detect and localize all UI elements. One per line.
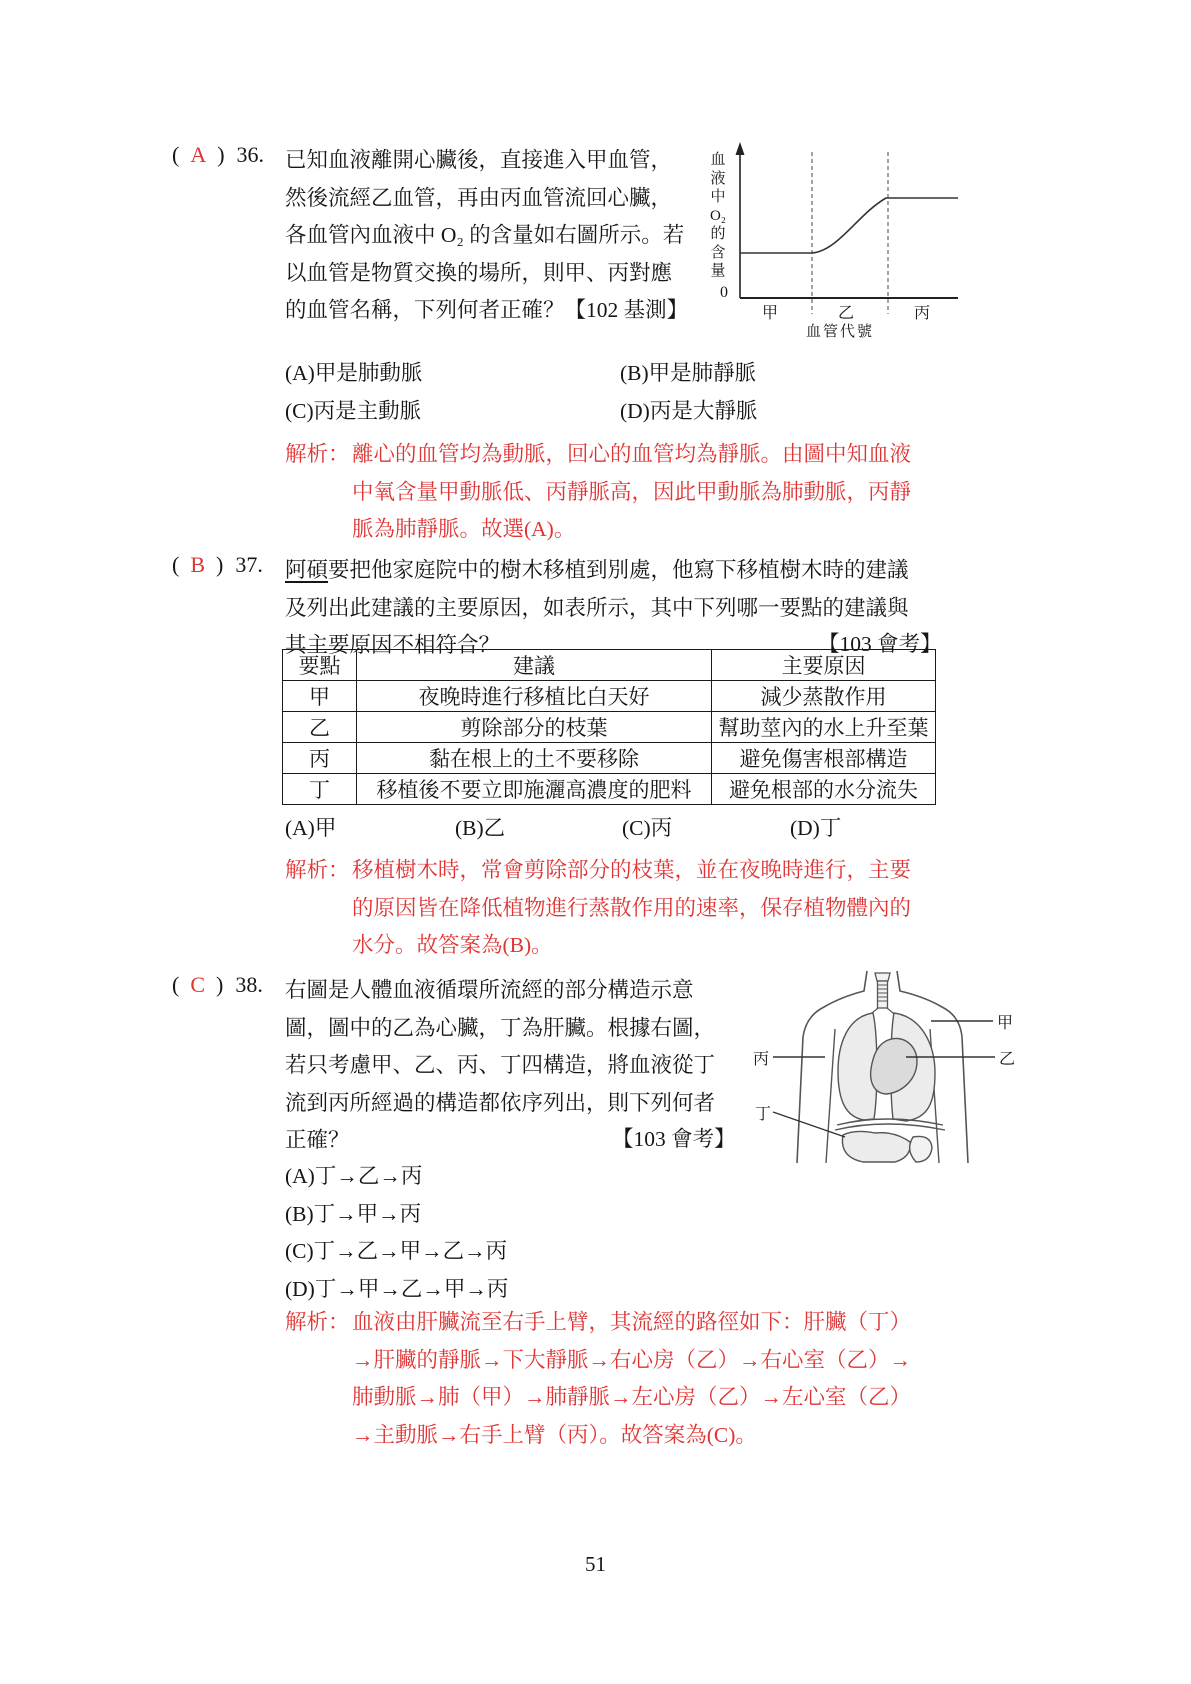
question-line: 以血管是物質交換的場所，則甲、丙對應 bbox=[285, 255, 725, 293]
question-line: 若只考慮甲、乙、丙、丁四構造，將血液從丁 bbox=[285, 1047, 755, 1085]
y-axis-arrow-icon bbox=[736, 142, 745, 155]
option-key: (B) bbox=[285, 1202, 314, 1226]
explanation-line: 脈為肺靜脈。故選(A)。 bbox=[352, 511, 965, 549]
q37-option-b: (B)乙 bbox=[455, 811, 505, 842]
q37-option-c: (C)丙 bbox=[622, 811, 672, 842]
option-text: 丁 bbox=[820, 816, 842, 840]
diagram-label-lung: 甲 bbox=[997, 1010, 1013, 1033]
option-text: 丙是主動脈 bbox=[314, 399, 422, 423]
question-36-text: 已知血液離開心臟後，直接進入甲血管， 然後流經乙血管，再由丙血管流回心臟， 各血… bbox=[285, 142, 725, 330]
explanation-label: 解析： bbox=[285, 852, 350, 890]
question-number: 36. bbox=[225, 142, 265, 167]
explanation-label: 解析： bbox=[285, 1304, 350, 1342]
q38-options: (A)丁→乙→丙 (B)丁→甲→丙 (C)丁→乙→甲→乙→丙 (D)丁→甲→乙→… bbox=[285, 1158, 755, 1308]
question-line: 各血管內血液中 O₂ 的含量如右圖所示。若 bbox=[285, 217, 725, 255]
question-37-answer-marker: (B)37. bbox=[172, 552, 263, 578]
question-number: 38. bbox=[223, 972, 263, 997]
question-38-answer-marker: (C)38. bbox=[172, 972, 263, 998]
table-row: 甲 夜晚時進行移植比白天好 減少蒸散作用 bbox=[283, 681, 936, 712]
q38-option-a: (A)丁→乙→丙 bbox=[285, 1158, 755, 1196]
option-text: 丁→乙→甲→乙→丙 bbox=[314, 1239, 508, 1263]
explanation-line: 肺動脈→肺（甲）→肺靜脈→左心房（乙）→左心室（乙） bbox=[352, 1379, 975, 1417]
option-text: 甲是肺動脈 bbox=[315, 361, 423, 385]
explanation-line: 水分。故答案為(B)。 bbox=[352, 927, 965, 965]
option-key: (D) bbox=[790, 816, 820, 840]
option-key: (D) bbox=[620, 399, 650, 423]
option-key: (C) bbox=[285, 399, 314, 423]
explanation-line: 移植樹木時，常會剪除部分的枝葉，並在夜晚時進行，主要 bbox=[352, 852, 965, 890]
q37-option-a: (A)甲 bbox=[285, 811, 336, 842]
q36-explanation: 解析： 離心的血管均為動脈，回心的血管均為靜脈。由圖中知血液 中氧含量甲動脈低、… bbox=[285, 436, 965, 549]
chart-origin-label: 0 bbox=[720, 284, 728, 302]
question-line: 的血管名稱，下列何者正確？【102 基測】 bbox=[285, 292, 725, 330]
q36-oxygen-chart: 血液中O₂的含量 0 甲 乙 丙 血管代號 bbox=[700, 140, 965, 340]
paren-close: ) bbox=[205, 972, 223, 997]
question-number: 37. bbox=[223, 552, 263, 577]
option-text: 甲 bbox=[315, 816, 337, 840]
question-line: 右圖是人體血液循環所流經的部分構造示意 bbox=[285, 972, 755, 1010]
option-key: (A) bbox=[285, 361, 315, 385]
question-36-answer-marker: (A)36. bbox=[172, 142, 264, 168]
paren-close: ) bbox=[205, 552, 223, 577]
question-line: 然後流經乙血管，再由丙血管流回心臟， bbox=[285, 180, 725, 218]
option-key: (C) bbox=[285, 1239, 314, 1263]
exam-page: (A)36. 已知血液離開心臟後，直接進入甲血管， 然後流經乙血管，再由丙血管流… bbox=[0, 0, 1191, 1684]
table-row: 丙 黏在根上的土不要移除 避免傷害根部構造 bbox=[283, 743, 936, 774]
table-row: 乙 剪除部分的枝葉 幫助莖內的水上升至葉 bbox=[283, 712, 936, 743]
underlined-name: 阿碩 bbox=[285, 558, 328, 582]
col-header-reason: 主要原因 bbox=[712, 650, 936, 681]
q36-option-b: (B)甲是肺靜脈 bbox=[620, 356, 756, 387]
answer-letter: A bbox=[190, 142, 206, 167]
cell-suggestion: 剪除部分的枝葉 bbox=[357, 712, 712, 743]
cell-point: 乙 bbox=[283, 712, 357, 743]
q37-explanation: 解析： 移植樹木時，常會剪除部分的枝葉，並在夜晚時進行，主要 的原因皆在降低植物… bbox=[285, 852, 965, 965]
answer-letter: B bbox=[190, 552, 205, 577]
cell-reason: 避免根部的水分流失 bbox=[712, 774, 936, 805]
chart-y-axis-label: 血液中O₂的含量 bbox=[707, 151, 729, 281]
option-text: 丙是大靜脈 bbox=[650, 399, 758, 423]
q37-advice-table: 要點 建議 主要原因 甲 夜晚時進行移植比白天好 減少蒸散作用 乙 剪除部分的枝… bbox=[282, 649, 936, 805]
cell-point: 丙 bbox=[283, 743, 357, 774]
option-text: 丁→乙→丙 bbox=[315, 1164, 423, 1188]
pointer-line-ding bbox=[773, 1112, 845, 1137]
q36-option-c: (C)丙是主動脈 bbox=[285, 394, 421, 425]
table-header-row: 要點 建議 主要原因 bbox=[283, 650, 936, 681]
paren-open: ( bbox=[172, 972, 190, 997]
body-diagram-canvas bbox=[745, 965, 1015, 1165]
option-key: (A) bbox=[285, 1164, 315, 1188]
cell-reason: 幫助莖內的水上升至葉 bbox=[712, 712, 936, 743]
explanation-line: →主動脈→右手上臂（丙）。故答案為(C)。 bbox=[352, 1417, 975, 1455]
explanation-label: 解析： bbox=[285, 436, 350, 474]
option-text: 甲是肺靜脈 bbox=[649, 361, 757, 385]
explanation-line: 的原因皆在降低植物進行蒸散作用的速率，保存植物體內的 bbox=[352, 890, 965, 928]
cell-suggestion: 黏在根上的土不要移除 bbox=[357, 743, 712, 774]
question-line: 已知血液離開心臟後，直接進入甲血管， bbox=[285, 142, 725, 180]
q38-body-diagram: 甲 乙 丙 丁 bbox=[745, 965, 1015, 1165]
paren-open: ( bbox=[172, 552, 190, 577]
q38-source-tag: 【103 會考】 bbox=[612, 1122, 736, 1153]
question-line: 圖，圖中的乙為心臟，丁為肝臟。根據右圖， bbox=[285, 1010, 755, 1048]
q38-explanation: 解析： 血液由肝臟流至右手上臂，其流經的路徑如下：肝臟（丁） →肝臟的靜脈→下大… bbox=[285, 1304, 975, 1454]
table-row: 丁 移植後不要立即施灑高濃度的肥料 避免根部的水分流失 bbox=[283, 774, 936, 805]
cell-reason: 減少蒸散作用 bbox=[712, 681, 936, 712]
question-line: 阿碩要把他家庭院中的樹木移植到別處，他寫下移植樹木時的建議 bbox=[285, 552, 945, 590]
option-key: (C) bbox=[622, 816, 651, 840]
q37-option-d: (D)丁 bbox=[790, 811, 841, 842]
paren-open: ( bbox=[172, 142, 190, 167]
cell-suggestion: 移植後不要立即施灑高濃度的肥料 bbox=[357, 774, 712, 805]
diagram-label-heart: 乙 bbox=[999, 1046, 1015, 1069]
explanation-line: 血液由肝臟流至右手上臂，其流經的路徑如下：肝臟（丁） bbox=[352, 1304, 975, 1342]
diagram-label-liver: 丁 bbox=[755, 1101, 771, 1124]
q36-option-a: (A)甲是肺動脈 bbox=[285, 356, 422, 387]
cell-reason: 避免傷害根部構造 bbox=[712, 743, 936, 774]
question-line-rest: 要把他家庭院中的樹木移植到別處，他寫下移植樹木時的建議 bbox=[328, 558, 909, 582]
chart-x-axis-label: 血管代號 bbox=[760, 320, 920, 341]
col-header-suggestion: 建議 bbox=[357, 650, 712, 681]
option-key: (D) bbox=[285, 1277, 315, 1301]
col-header-point: 要點 bbox=[283, 650, 357, 681]
q38-option-b: (B)丁→甲→丙 bbox=[285, 1196, 755, 1234]
option-key: (B) bbox=[620, 361, 649, 385]
explanation-line: 離心的血管均為動脈，回心的血管均為靜脈。由圖中知血液 bbox=[352, 436, 965, 474]
option-text: 丁→甲→丙 bbox=[314, 1202, 422, 1226]
cell-point: 甲 bbox=[283, 681, 357, 712]
cell-suggestion: 夜晚時進行移植比白天好 bbox=[357, 681, 712, 712]
question-line: 流到丙所經過的構造都依序列出，則下列何者 bbox=[285, 1085, 755, 1123]
option-key: (B) bbox=[455, 816, 484, 840]
option-text: 丁→甲→乙→甲→丙 bbox=[315, 1277, 509, 1301]
q36-option-d: (D)丙是大靜脈 bbox=[620, 394, 757, 425]
explanation-line: →肝臟的靜脈→下大靜脈→右心房（乙）→右心室（乙）→ bbox=[352, 1342, 975, 1380]
option-text: 丙 bbox=[651, 816, 673, 840]
option-text: 乙 bbox=[484, 816, 506, 840]
diagram-label-arm: 丙 bbox=[753, 1046, 769, 1069]
q38-option-d: (D)丁→甲→乙→甲→丙 bbox=[285, 1271, 755, 1309]
explanation-line: 中氧含量甲動脈低、丙靜脈高，因此甲動脈為肺動脈，丙靜 bbox=[352, 474, 965, 512]
cell-point: 丁 bbox=[283, 774, 357, 805]
answer-letter: C bbox=[190, 972, 205, 997]
q38-option-c: (C)丁→乙→甲→乙→丙 bbox=[285, 1233, 755, 1271]
option-key: (A) bbox=[285, 816, 315, 840]
question-line: 及列出此建議的主要原因，如表所示，其中下列哪一要點的建議與 bbox=[285, 590, 945, 628]
page-number: 51 bbox=[0, 1552, 1191, 1577]
paren-close: ) bbox=[206, 142, 224, 167]
